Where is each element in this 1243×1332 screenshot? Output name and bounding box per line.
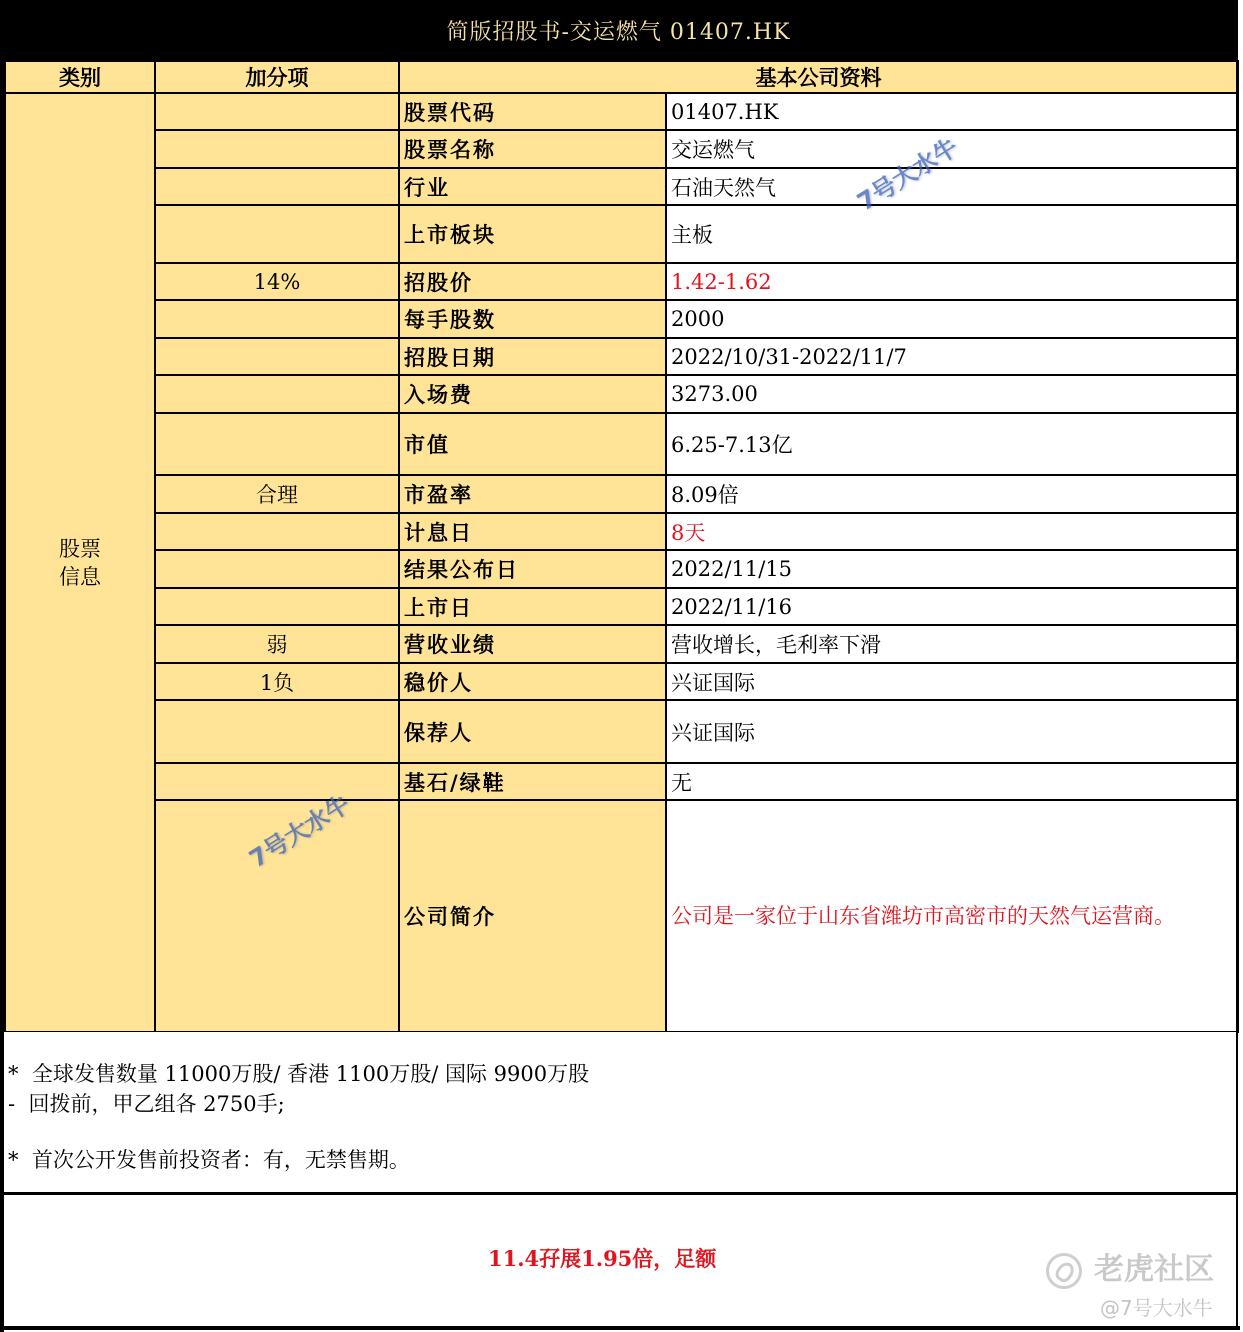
score-cell xyxy=(155,588,399,625)
tiger-logo-icon xyxy=(1046,1253,1082,1289)
table-row: 上市日 2022/11/16 xyxy=(5,588,1238,625)
field-label: 上市日 xyxy=(399,588,666,625)
score-cell xyxy=(155,205,399,263)
table-row: 计息日 8天 xyxy=(5,513,1238,550)
table-row: 弱 营收业绩 营收增长，毛利率下滑 xyxy=(5,625,1238,663)
field-label: 基石/绿鞋 xyxy=(399,763,666,800)
field-value-offer-price: 1.42-1.62 xyxy=(666,263,1238,300)
field-label: 保荐人 xyxy=(399,700,666,763)
field-label: 每手股数 xyxy=(399,300,666,338)
score-cell: 1负 xyxy=(155,663,399,700)
header-basic-info: 基本公司资料 xyxy=(399,61,1238,93)
tiger-community-watermark: 老虎社区 xyxy=(1046,1244,1214,1289)
table-row: 上市板块 主板 xyxy=(5,205,1238,263)
author-handle: @7号大水牛 xyxy=(1100,1292,1213,1321)
header-category: 类别 xyxy=(5,61,155,93)
note-line: - 回拨前，甲乙组各 2750手; xyxy=(8,1088,285,1118)
score-cell xyxy=(155,168,399,205)
table-row: 1负 稳价人 兴证国际 xyxy=(5,663,1238,700)
field-label: 计息日 xyxy=(399,513,666,550)
score-cell xyxy=(155,130,399,168)
field-value-market-cap: 6.25-7.13亿 xyxy=(666,413,1238,475)
field-label: 招股价 xyxy=(399,263,666,300)
prospectus-table: 类别 加分项 基本公司资料 股票 信息 股票代码 01407.HK 股票名称 交… xyxy=(4,60,1239,1033)
score-cell: 14% xyxy=(155,263,399,300)
field-label: 行业 xyxy=(399,168,666,205)
field-value-pe-ratio: 8.09倍 xyxy=(666,475,1238,513)
field-label: 市值 xyxy=(399,413,666,475)
offering-notes: * 全球发售数量 11000万股/ 香港 1100万股/ 国际 9900万股 -… xyxy=(4,1032,1236,1195)
margin-result-text: 11.4孖展1.95倍，足额 xyxy=(488,1243,716,1273)
table-row: 每手股数 2000 xyxy=(5,300,1238,338)
field-value-cornerstone-greenshoe: 无 xyxy=(666,763,1238,800)
field-label: 股票代码 xyxy=(399,93,666,130)
platform-name: 老虎社区 xyxy=(1094,1252,1214,1287)
field-value-performance: 营收增长，毛利率下滑 xyxy=(666,625,1238,663)
score-cell: 合理 xyxy=(155,475,399,513)
field-label: 入场费 xyxy=(399,375,666,413)
field-label: 营收业绩 xyxy=(399,625,666,663)
table-row: 结果公布日 2022/11/15 xyxy=(5,550,1238,588)
border-right xyxy=(1236,0,1238,1330)
field-value-result-date: 2022/11/15 xyxy=(666,550,1238,588)
page-title: 简版招股书-交运燃气 01407.HK xyxy=(0,0,1237,60)
table-row: 14% 招股价 1.42-1.62 xyxy=(5,263,1238,300)
score-cell xyxy=(155,338,399,375)
score-cell xyxy=(155,300,399,338)
table-row: 公司简介 公司是一家位于山东省潍坊市高密市的天然气运营商。 xyxy=(5,800,1238,1032)
field-value-company-profile: 公司是一家位于山东省潍坊市高密市的天然气运营商。 xyxy=(666,800,1238,1032)
score-cell xyxy=(155,700,399,763)
score-cell xyxy=(155,375,399,413)
border-bottom xyxy=(0,1326,1240,1330)
field-label: 结果公布日 xyxy=(399,550,666,588)
field-label: 上市板块 xyxy=(399,205,666,263)
category-stock-info: 股票 信息 xyxy=(5,93,155,1032)
note-line: * 全球发售数量 11000万股/ 香港 1100万股/ 国际 9900万股 xyxy=(8,1058,589,1088)
field-value-stock-code: 01407.HK xyxy=(666,93,1238,130)
table-row: 市值 6.25-7.13亿 xyxy=(5,413,1238,475)
table-row: 招股日期 2022/10/31-2022/11/7 xyxy=(5,338,1238,375)
field-value-industry: 石油天然气 xyxy=(666,168,1238,205)
field-value-offer-period: 2022/10/31-2022/11/7 xyxy=(666,338,1238,375)
field-label: 股票名称 xyxy=(399,130,666,168)
table-row: 基石/绿鞋 无 xyxy=(5,763,1238,800)
header-row: 类别 加分项 基本公司资料 xyxy=(5,61,1238,93)
score-cell xyxy=(155,550,399,588)
table-row: 入场费 3273.00 xyxy=(5,375,1238,413)
note-line: * 首次公开发售前投资者：有，无禁售期。 xyxy=(8,1144,410,1174)
table-row: 行业 石油天然气 xyxy=(5,168,1238,205)
table-row: 保荐人 兴证国际 xyxy=(5,700,1238,763)
score-cell xyxy=(155,93,399,130)
field-value-interest-days: 8天 xyxy=(666,513,1238,550)
field-value-board: 主板 xyxy=(666,205,1238,263)
score-cell xyxy=(155,413,399,475)
table-row: 合理 市盈率 8.09倍 xyxy=(5,475,1238,513)
table-row: 股票 信息 股票代码 01407.HK xyxy=(5,93,1238,130)
field-value-entry-fee: 3273.00 xyxy=(666,375,1238,413)
prospectus-sheet: 简版招股书-交运燃气 01407.HK 类别 加分项 基本公司资料 股票 信息 … xyxy=(0,0,1243,1332)
score-cell xyxy=(155,763,399,800)
field-label: 公司简介 xyxy=(399,800,666,1032)
border-left xyxy=(0,0,4,1332)
header-bonus: 加分项 xyxy=(155,61,399,93)
field-label: 招股日期 xyxy=(399,338,666,375)
category-label: 股票 信息 xyxy=(59,537,101,589)
field-value-lot-size: 2000 xyxy=(666,300,1238,338)
field-value-listing-date: 2022/11/16 xyxy=(666,588,1238,625)
field-value-sponsor: 兴证国际 xyxy=(666,700,1238,763)
score-cell: 弱 xyxy=(155,625,399,663)
field-label: 稳价人 xyxy=(399,663,666,700)
field-value-stabilizer: 兴证国际 xyxy=(666,663,1238,700)
field-label: 市盈率 xyxy=(399,475,666,513)
table-row: 股票名称 交运燃气 xyxy=(5,130,1238,168)
score-cell xyxy=(155,513,399,550)
